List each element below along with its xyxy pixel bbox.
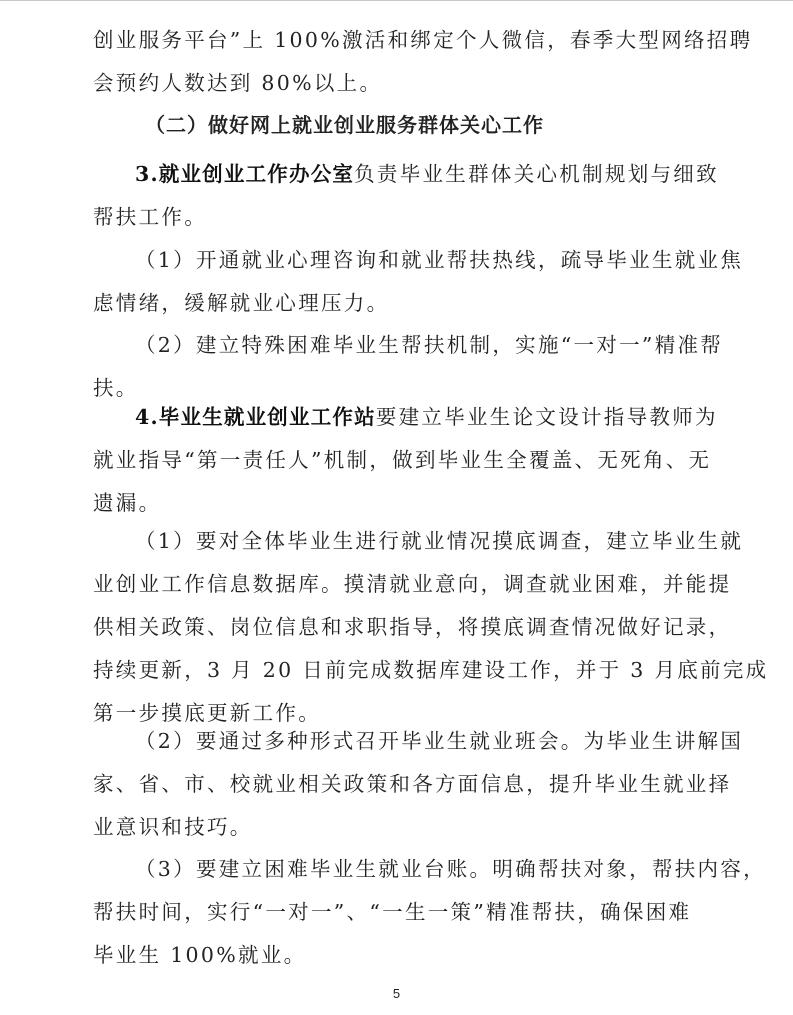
text-line: 业创业工作信息数据库。摸清就业意向，调查就业困难，并能提	[93, 570, 731, 598]
text-line: 就业指导“第一责任人”机制，做到毕业生全覆盖、无死角、无	[93, 446, 711, 474]
text-line: 业意识和技巧。	[93, 813, 253, 841]
text-line: 家、省、市、校就业相关政策和各方面信息，提升毕业生就业择	[93, 770, 731, 798]
text-line: 持续更新，3 月 20 日前完成数据库建设工作，并于 3 月底前完成	[93, 656, 768, 684]
item-title: 4.毕业生就业创业工作站	[135, 405, 376, 429]
text-line: （1）开通就业心理咨询和就业帮扶热线，疏导毕业生就业焦	[135, 246, 743, 274]
paragraph-line: 3.就业创业工作办公室负责毕业生群体关心机制规划与细致	[135, 160, 719, 188]
text-line: 虑情绪，缓解就业心理压力。	[93, 289, 389, 317]
page-top-border	[0, 0, 793, 1]
text-line: 创业服务平台”上 100%激活和绑定个人微信，春季大型网络招聘	[93, 26, 752, 54]
text-line: （2）建立特殊困难毕业生帮扶机制，实施“一对一”精准帮	[135, 331, 723, 359]
text-line: 帮扶工作。	[93, 203, 207, 231]
item-title: 3.就业创业工作办公室	[135, 162, 354, 186]
page-number: 5	[0, 986, 793, 1001]
text-line: 扶。	[93, 374, 139, 402]
text-line: 帮扶时间，实行“一对一”、“一生一策”精准帮扶，确保困难	[93, 898, 691, 926]
text-line: 第一步摸底更新工作。	[93, 699, 321, 727]
text-line: （3）要建立困难毕业生就业台账。明确帮扶对象，帮扶内容，	[135, 855, 766, 883]
paragraph-line: 4.毕业生就业创业工作站要建立毕业生论文设计指导教师为	[135, 403, 718, 431]
text-line: 会预约人数达到 80%以上。	[93, 69, 382, 97]
text-line: 毕业生 100%就业。	[93, 941, 306, 969]
text-line: 遗漏。	[93, 489, 161, 517]
text-line: （2）要通过多种形式召开毕业生就业班会。为毕业生讲解国	[135, 727, 743, 755]
text-line: 供相关政策、岗位信息和求职指导，将摸底调查情况做好记录，	[93, 613, 731, 641]
section-heading: （二）做好网上就业创业服务群体关心工作	[145, 111, 544, 139]
text-line: （1）要对全体毕业生进行就业情况摸底调查，建立毕业生就	[135, 527, 743, 555]
